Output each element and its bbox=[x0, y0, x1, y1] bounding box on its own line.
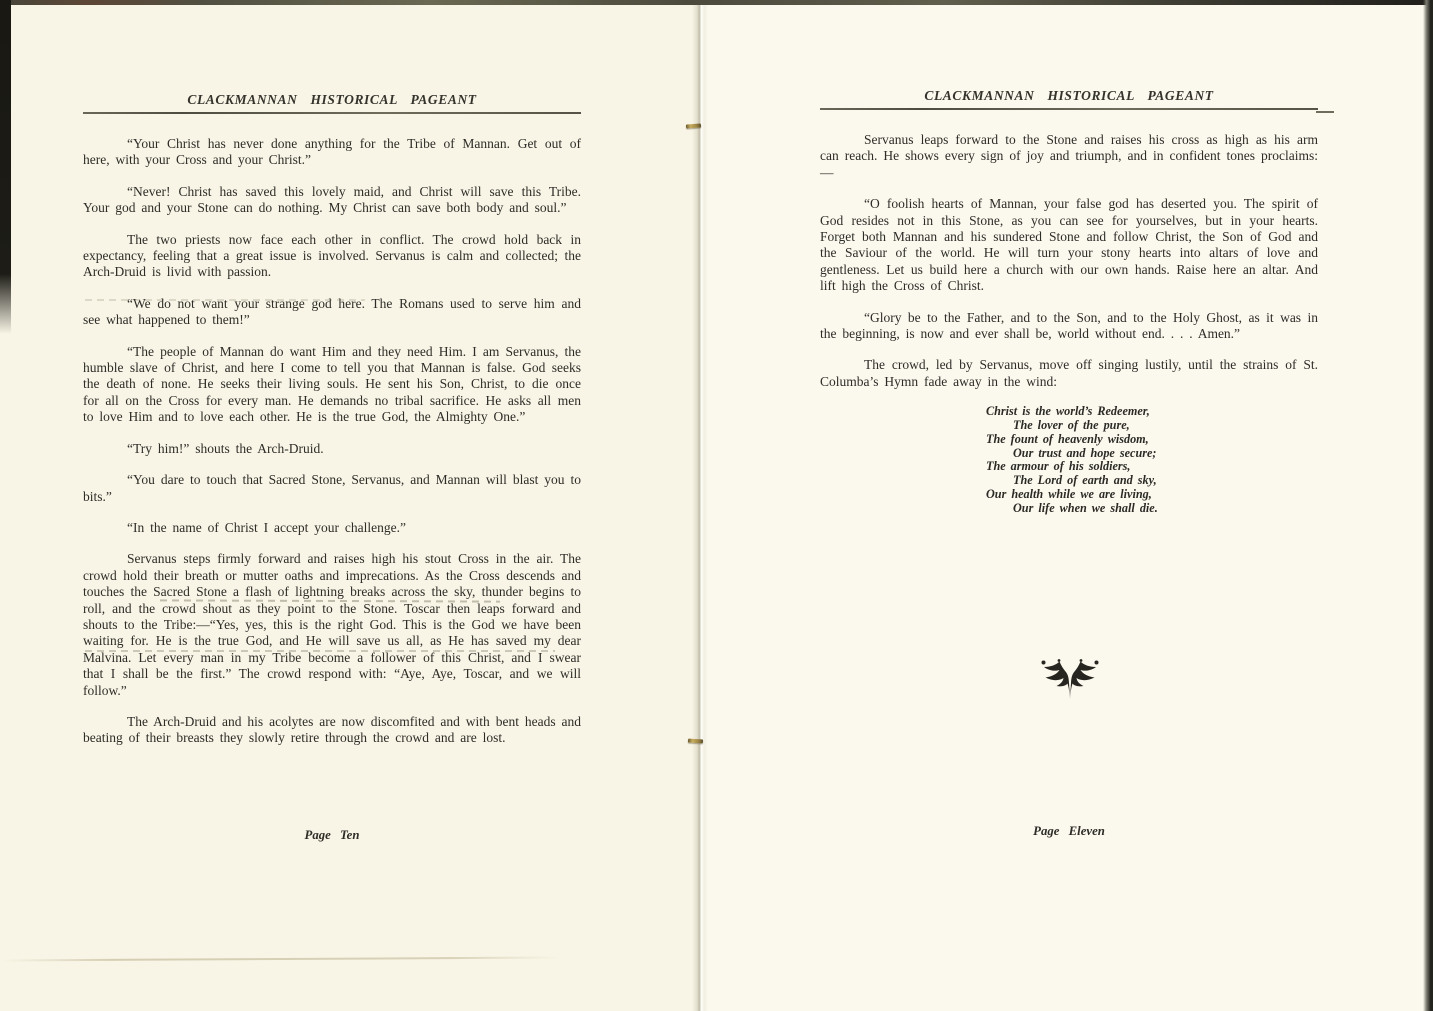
fleuron-ornament bbox=[1032, 658, 1108, 700]
scan-right-edge bbox=[1423, 0, 1433, 1011]
body-paragraph: “O foolish hearts of Mannan, your false … bbox=[820, 196, 1318, 294]
body-paragraph: “The people of Mannan do want Him and th… bbox=[83, 344, 581, 426]
hymn-line: Our life when we shall die. bbox=[986, 502, 1318, 516]
scan-left-edge bbox=[0, 0, 11, 334]
hymn-line: The lover of the pure, bbox=[986, 419, 1318, 433]
body-paragraph: The two priests now face each other in c… bbox=[83, 232, 581, 281]
body-paragraph: “Never! Christ has saved this lovely mai… bbox=[83, 184, 581, 217]
body-paragraph: “Your Christ has never done anything for… bbox=[83, 136, 581, 169]
body-paragraph: The Arch-Druid and his acolytes are now … bbox=[83, 714, 581, 747]
page-body-left: “Your Christ has never done anything for… bbox=[83, 136, 581, 747]
body-paragraph: “Try him!” shouts the Arch-Druid. bbox=[83, 441, 581, 457]
page-ten: CLACKMANNAN HISTORICAL PAGEANT “Your Chr… bbox=[83, 92, 581, 972]
hymn-line: The Lord of earth and sky, bbox=[986, 474, 1318, 488]
hymn-verse: Christ is the world’s Redeemer, The love… bbox=[986, 405, 1318, 515]
hymn-line: The fount of heavenly wisdom, bbox=[986, 433, 1318, 447]
scan-smudge-underline bbox=[85, 650, 555, 652]
page-number: Page Eleven bbox=[820, 824, 1318, 839]
book-gutter-fold bbox=[692, 0, 708, 1011]
body-paragraph: The crowd, led by Servanus, move off sin… bbox=[820, 357, 1318, 390]
scan-top-edge bbox=[0, 0, 1433, 5]
body-paragraph: Servanus steps firmly forward and raises… bbox=[83, 551, 581, 699]
hymn-line: Our health while we are living, bbox=[986, 488, 1318, 502]
staple-bottom bbox=[688, 739, 703, 744]
hymn-line: Christ is the world’s Redeemer, bbox=[986, 405, 1318, 419]
body-paragraph: “You dare to touch that Sacred Stone, Se… bbox=[83, 472, 581, 505]
page-header-right: CLACKMANNAN HISTORICAL PAGEANT bbox=[820, 88, 1318, 110]
body-paragraph: “In the name of Christ I accept your cha… bbox=[83, 520, 581, 536]
body-paragraph: Servanus leaps forward to the Stone and … bbox=[820, 132, 1318, 181]
running-header: CLACKMANNAN HISTORICAL PAGEANT bbox=[820, 88, 1318, 104]
page-body-right: Servanus leaps forward to the Stone and … bbox=[820, 132, 1318, 390]
running-header: CLACKMANNAN HISTORICAL PAGEANT bbox=[83, 92, 581, 108]
page-header-left: CLACKMANNAN HISTORICAL PAGEANT bbox=[83, 92, 581, 114]
hymn-line: Our trust and hope secure; bbox=[986, 447, 1318, 461]
page-number: Page Ten bbox=[83, 828, 581, 843]
header-rule bbox=[83, 112, 581, 114]
body-paragraph: “Glory be to the Father, and to the Son,… bbox=[820, 310, 1318, 343]
page-eleven: CLACKMANNAN HISTORICAL PAGEANT Servanus … bbox=[820, 88, 1318, 968]
hymn-line: The armour of his soldiers, bbox=[986, 460, 1318, 474]
scan-smudge-underline bbox=[85, 299, 365, 301]
header-rule bbox=[820, 108, 1318, 110]
